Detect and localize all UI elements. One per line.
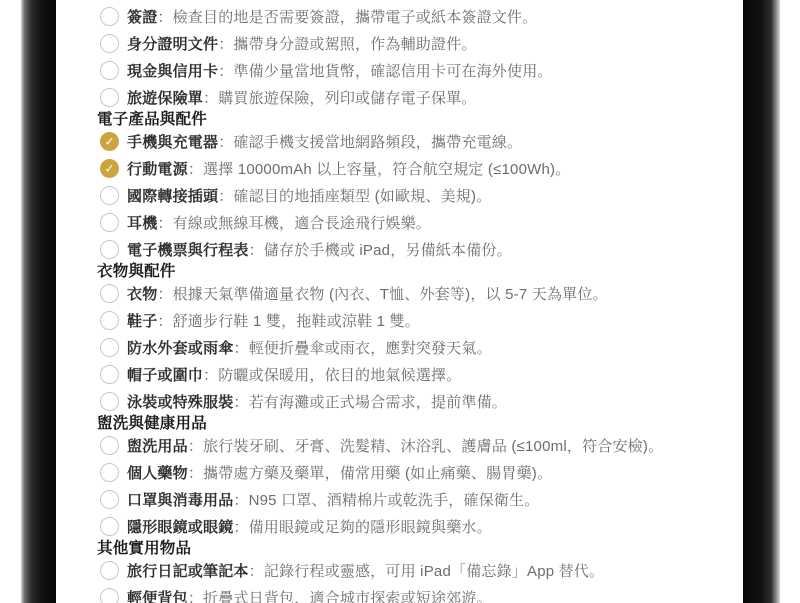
item-separator: ： — [218, 63, 233, 80]
ipad-bezel-left — [21, 0, 56, 603]
item-label: 泳裝或特殊服裝 — [127, 394, 233, 411]
item-description: 根據天氣準備適量衣物 (內衣、T恤、外套等)，以 5-7 天為單位。 — [173, 286, 608, 303]
item-label: 防水外套或雨傘 — [127, 340, 233, 357]
checklist-item: ✓行動電源：選擇 10000mAh 以上容量，符合航空規定 (≤100Wh)。 — [97, 155, 743, 182]
checkbox-unchecked-icon[interactable] — [100, 436, 119, 455]
item-text: 泳裝或特殊服裝：若有海灘或正式場合需求，提前準備。 — [127, 391, 507, 412]
checklist-item: 國際轉接插頭：確認目的地插座類型 (如歐規、美規)。 — [97, 182, 743, 209]
checkbox-unchecked-icon[interactable] — [100, 7, 119, 26]
item-label: 輕便背包 — [127, 590, 188, 603]
item-separator: ： — [249, 563, 264, 580]
item-text: 行動電源：選擇 10000mAh 以上容量，符合航空規定 (≤100Wh)。 — [127, 158, 570, 179]
checkbox-unchecked-icon[interactable] — [100, 392, 119, 411]
item-separator: ： — [218, 134, 233, 151]
checkbox-unchecked-icon[interactable] — [100, 311, 119, 330]
item-description: 確認手機支援當地網路頻段，攜帶充電線。 — [233, 134, 522, 151]
item-text: 現金與信用卡：準備少量當地貨幣，確認信用卡可在海外使用。 — [127, 60, 553, 81]
item-description: 備用眼鏡或足夠的隱形眼鏡與藥水。 — [249, 519, 492, 536]
checkbox-unchecked-icon[interactable] — [100, 517, 119, 536]
item-text: 鞋子：舒適步行鞋 1 雙，拖鞋或涼鞋 1 雙。 — [127, 310, 420, 331]
checklist-item: 盥洗用品：旅行裝牙刷、牙膏、洗髮精、沐浴乳、護膚品 (≤100ml，符合安檢)。 — [97, 432, 743, 459]
item-description: 儲存於手機或 iPad，另備紙本備份。 — [264, 242, 512, 259]
item-label: 旅行日記或筆記本 — [127, 563, 249, 580]
item-label: 隱形眼鏡或眼鏡 — [127, 519, 233, 536]
section-header: 盥洗與健康用品 — [97, 415, 743, 432]
item-label: 耳機 — [127, 215, 157, 232]
ipad-bezel-right — [743, 0, 780, 603]
checkbox-checked-icon[interactable]: ✓ — [100, 159, 119, 178]
item-label: 國際轉接插頭 — [127, 188, 218, 205]
item-separator: ： — [233, 394, 248, 411]
item-description: 攜帶身分證或駕照，作為輔助證件。 — [233, 36, 476, 53]
item-text: 衣物：根據天氣準備適量衣物 (內衣、T恤、外套等)，以 5-7 天為單位。 — [127, 283, 608, 304]
item-separator: ： — [188, 438, 203, 455]
checkbox-unchecked-icon[interactable] — [100, 490, 119, 509]
item-text: 耳機：有線或無線耳機，適合長途飛行娛樂。 — [127, 212, 431, 233]
item-label: 身分證明文件 — [127, 36, 218, 53]
item-text: 帽子或圍巾：防曬或保暖用，依目的地氣候選擇。 — [127, 364, 461, 385]
section-header: 衣物與配件 — [97, 263, 743, 280]
item-text: 個人藥物：攜帶處方藥及藥單，備常用藥 (如止痛藥、腸胃藥)。 — [127, 462, 552, 483]
item-separator: ： — [233, 340, 248, 357]
item-separator: ： — [203, 90, 218, 107]
item-separator: ： — [157, 9, 172, 26]
item-label: 行動電源 — [127, 161, 188, 178]
item-label: 盥洗用品 — [127, 438, 188, 455]
notes-app-screenshot: 簽證：檢查目的地是否需要簽證，攜帶電子或紙本簽證文件。身分證明文件：攜帶身分證或… — [0, 0, 800, 603]
item-description: 準備少量當地貨幣，確認信用卡可在海外使用。 — [233, 63, 552, 80]
checkbox-unchecked-icon[interactable] — [100, 338, 119, 357]
item-description: N95 口罩、酒精棉片或乾洗手，確保衛生。 — [249, 492, 540, 509]
checkbox-unchecked-icon[interactable] — [100, 463, 119, 482]
checklist-item: 旅行日記或筆記本：記錄行程或靈感，可用 iPad「備忘錄」App 替代。 — [97, 557, 743, 584]
item-description: 檢查目的地是否需要簽證，攜帶電子或紙本簽證文件。 — [173, 9, 538, 26]
checkbox-unchecked-icon[interactable] — [100, 365, 119, 384]
item-description: 若有海灘或正式場合需求，提前準備。 — [249, 394, 507, 411]
checklist-item: ✓手機與充電器：確認手機支援當地網路頻段，攜帶充電線。 — [97, 128, 743, 155]
item-text: 身分證明文件：攜帶身分證或駕照，作為輔助證件。 — [127, 33, 477, 54]
item-text: 隱形眼鏡或眼鏡：備用眼鏡或足夠的隱形眼鏡與藥水。 — [127, 516, 492, 537]
item-text: 電子機票與行程表：儲存於手機或 iPad，另備紙本備份。 — [127, 239, 512, 260]
checklist-item: 身分證明文件：攜帶身分證或駕照，作為輔助證件。 — [97, 30, 743, 57]
item-separator: ： — [203, 367, 218, 384]
checkbox-unchecked-icon[interactable] — [100, 284, 119, 303]
item-text: 防水外套或雨傘：輕便折疊傘或雨衣，應對突發天氣。 — [127, 337, 492, 358]
checkmark-icon: ✓ — [104, 135, 114, 147]
item-label: 帽子或圍巾 — [127, 367, 203, 384]
item-separator: ： — [233, 492, 248, 509]
checklist-item: 防水外套或雨傘：輕便折疊傘或雨衣，應對突發天氣。 — [97, 334, 743, 361]
item-separator: ： — [157, 286, 172, 303]
item-description: 選擇 10000mAh 以上容量，符合航空規定 (≤100Wh)。 — [203, 161, 570, 178]
checklist-item: 耳機：有線或無線耳機，適合長途飛行娛樂。 — [97, 209, 743, 236]
item-text: 簽證：檢查目的地是否需要簽證，攜帶電子或紙本簽證文件。 — [127, 6, 537, 27]
item-description: 記錄行程或靈感，可用 iPad「備忘錄」App 替代。 — [264, 563, 604, 580]
item-label: 旅遊保險單 — [127, 90, 203, 107]
item-text: 旅遊保險單：購買旅遊保險，列印或儲存電子保單。 — [127, 87, 477, 108]
checklist-item: 電子機票與行程表：儲存於手機或 iPad，另備紙本備份。 — [97, 236, 743, 263]
checklist: 簽證：檢查目的地是否需要簽證，攜帶電子或紙本簽證文件。身分證明文件：攜帶身分證或… — [56, 0, 743, 603]
item-separator: ： — [218, 36, 233, 53]
checkbox-unchecked-icon[interactable] — [100, 88, 119, 107]
checkbox-unchecked-icon[interactable] — [100, 61, 119, 80]
item-label: 現金與信用卡 — [127, 63, 218, 80]
checkbox-unchecked-icon[interactable] — [100, 213, 119, 232]
checklist-item: 旅遊保險單：購買旅遊保險，列印或儲存電子保單。 — [97, 84, 743, 111]
checklist-item: 個人藥物：攜帶處方藥及藥單，備常用藥 (如止痛藥、腸胃藥)。 — [97, 459, 743, 486]
item-label: 簽證 — [127, 9, 157, 26]
item-separator: ： — [188, 590, 203, 603]
item-separator: ： — [157, 313, 172, 330]
section-header: 電子產品與配件 — [97, 111, 743, 128]
item-text: 國際轉接插頭：確認目的地插座類型 (如歐規、美規)。 — [127, 185, 491, 206]
item-text: 手機與充電器：確認手機支援當地網路頻段，攜帶充電線。 — [127, 131, 522, 152]
item-separator: ： — [188, 161, 203, 178]
checkbox-unchecked-icon[interactable] — [100, 561, 119, 580]
checklist-item: 現金與信用卡：準備少量當地貨幣，確認信用卡可在海外使用。 — [97, 57, 743, 84]
item-description: 購買旅遊保險，列印或儲存電子保單。 — [218, 90, 476, 107]
item-description: 確認目的地插座類型 (如歐規、美規)。 — [233, 188, 491, 205]
item-label: 鞋子 — [127, 313, 157, 330]
checkmark-icon: ✓ — [104, 162, 114, 174]
item-label: 口罩與消毒用品 — [127, 492, 233, 509]
checkbox-unchecked-icon[interactable] — [100, 588, 119, 603]
checklist-item: 隱形眼鏡或眼鏡：備用眼鏡或足夠的隱形眼鏡與藥水。 — [97, 513, 743, 540]
item-separator: ： — [188, 465, 203, 482]
checklist-item: 口罩與消毒用品：N95 口罩、酒精棉片或乾洗手，確保衛生。 — [97, 486, 743, 513]
item-label: 衣物 — [127, 286, 157, 303]
checklist-item: 簽證：檢查目的地是否需要簽證，攜帶電子或紙本簽證文件。 — [97, 3, 743, 30]
item-separator: ： — [157, 215, 172, 232]
section-header: 其他實用物品 — [97, 540, 743, 557]
checklist-item: 帽子或圍巾：防曬或保暖用，依目的地氣候選擇。 — [97, 361, 743, 388]
item-description: 有線或無線耳機，適合長途飛行娛樂。 — [173, 215, 431, 232]
checkbox-unchecked-icon[interactable] — [100, 34, 119, 53]
item-description: 折疊式日背包，適合城市探索或短途郊遊。 — [203, 590, 492, 603]
checkbox-unchecked-icon[interactable] — [100, 186, 119, 205]
item-text: 盥洗用品：旅行裝牙刷、牙膏、洗髮精、沐浴乳、護膚品 (≤100ml，符合安檢)。 — [127, 435, 663, 456]
item-text: 輕便背包：折疊式日背包，適合城市探索或短途郊遊。 — [127, 587, 492, 603]
item-text: 旅行日記或筆記本：記錄行程或靈感，可用 iPad「備忘錄」App 替代。 — [127, 560, 604, 581]
item-description: 旅行裝牙刷、牙膏、洗髮精、沐浴乳、護膚品 (≤100ml，符合安檢)。 — [203, 438, 663, 455]
item-separator: ： — [233, 519, 248, 536]
checklist-item: 泳裝或特殊服裝：若有海灘或正式場合需求，提前準備。 — [97, 388, 743, 415]
item-label: 手機與充電器 — [127, 134, 218, 151]
item-separator: ： — [218, 188, 233, 205]
item-description: 防曬或保暖用，依目的地氣候選擇。 — [218, 367, 461, 384]
item-label: 個人藥物 — [127, 465, 188, 482]
checkbox-unchecked-icon[interactable] — [100, 240, 119, 259]
item-text: 口罩與消毒用品：N95 口罩、酒精棉片或乾洗手，確保衛生。 — [127, 489, 540, 510]
checklist-item: 輕便背包：折疊式日背包，適合城市探索或短途郊遊。 — [97, 584, 743, 603]
checklist-item: 衣物：根據天氣準備適量衣物 (內衣、T恤、外套等)，以 5-7 天為單位。 — [97, 280, 743, 307]
item-description: 舒適步行鞋 1 雙，拖鞋或涼鞋 1 雙。 — [173, 313, 420, 330]
item-separator: ： — [249, 242, 264, 259]
item-label: 電子機票與行程表 — [127, 242, 249, 259]
item-description: 攜帶處方藥及藥單，備常用藥 (如止痛藥、腸胃藥)。 — [203, 465, 552, 482]
item-description: 輕便折疊傘或雨衣，應對突發天氣。 — [249, 340, 492, 357]
checkbox-checked-icon[interactable]: ✓ — [100, 132, 119, 151]
checklist-item: 鞋子：舒適步行鞋 1 雙，拖鞋或涼鞋 1 雙。 — [97, 307, 743, 334]
